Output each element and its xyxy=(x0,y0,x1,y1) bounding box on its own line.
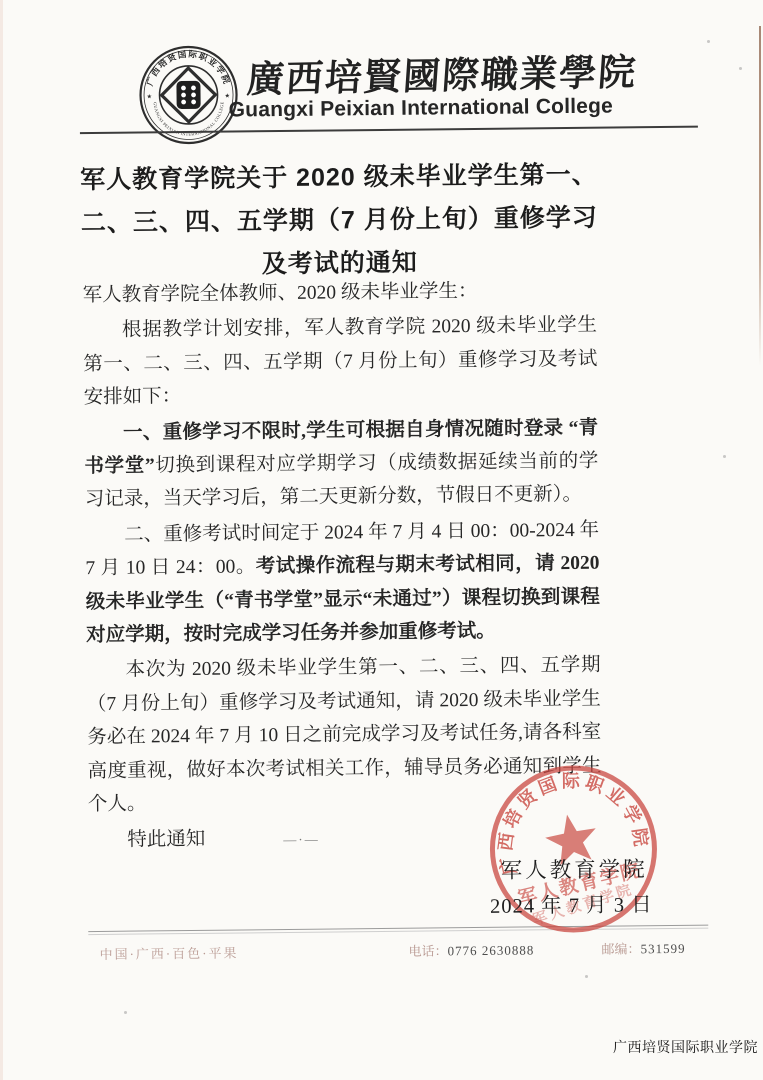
signature-date: 2024 年 7 月 3 日 xyxy=(490,887,653,919)
scanned-document-page: 广西培贤国际职业学院 GUANGXI PEIXIAN INTERNATIONAL… xyxy=(0,0,763,1080)
salutation: 军人教育学院全体教师、2020 级未毕业学生： xyxy=(82,274,596,313)
document-title-line2: 二、三、四、五学期（7 月份上旬）重修学习 xyxy=(57,196,622,245)
closing-text: 特此通知 xyxy=(127,828,205,850)
college-name-english: Guangxi Peixian International College xyxy=(229,95,614,123)
official-red-seal: 广西培贤国际职业学院 军人教育学院 军人教育学院 xyxy=(470,745,678,953)
footer-postcode: 邮编：531599 xyxy=(601,938,685,958)
paragraph-item2: 二、重修考试时间定于 2024 年 7 月 4 日 00：00-2024 年 7… xyxy=(85,514,600,653)
closing-dash-mark: —·— xyxy=(205,831,319,847)
logo-star-left: ★ xyxy=(147,93,152,100)
footer-postcode-label: 邮编： xyxy=(601,941,640,956)
paragraph-item1: 一、重修学习不限时,学生可根据自身情况随时登录 “青书学堂”切换到课程对应学期学… xyxy=(84,411,599,517)
signature-department: 军人教育学院 xyxy=(501,852,648,885)
document-title-line1: 军人教育学院关于 2020 级未毕业学生第一、 xyxy=(56,153,621,202)
corner-watermark-text: 广西培贤国际职业学院 xyxy=(613,1037,758,1057)
footer-location: 中国·广西·百色·平果 xyxy=(99,943,238,963)
logo-center-emblem xyxy=(176,81,200,109)
footer-phone-label: 电话： xyxy=(408,943,447,958)
document-title: 军人教育学院关于 2020 级未毕业学生第一、 二、三、四、五学期（7 月份上旬… xyxy=(56,153,622,288)
paragraph-item1-rest: 切换到课程对应学期学习（成绩数据延续当前的学习记录，当天学习后，第二天更新分数，… xyxy=(85,451,599,511)
college-name-chinese: 廣西培賢國際職業學院 xyxy=(245,42,639,104)
paragraph-intro: 根据教学计划安排，军人教育学院 2020 级未毕业学生第一、二、三、四、五学期（… xyxy=(83,309,598,415)
footer-postcode-number: 531599 xyxy=(640,941,685,956)
